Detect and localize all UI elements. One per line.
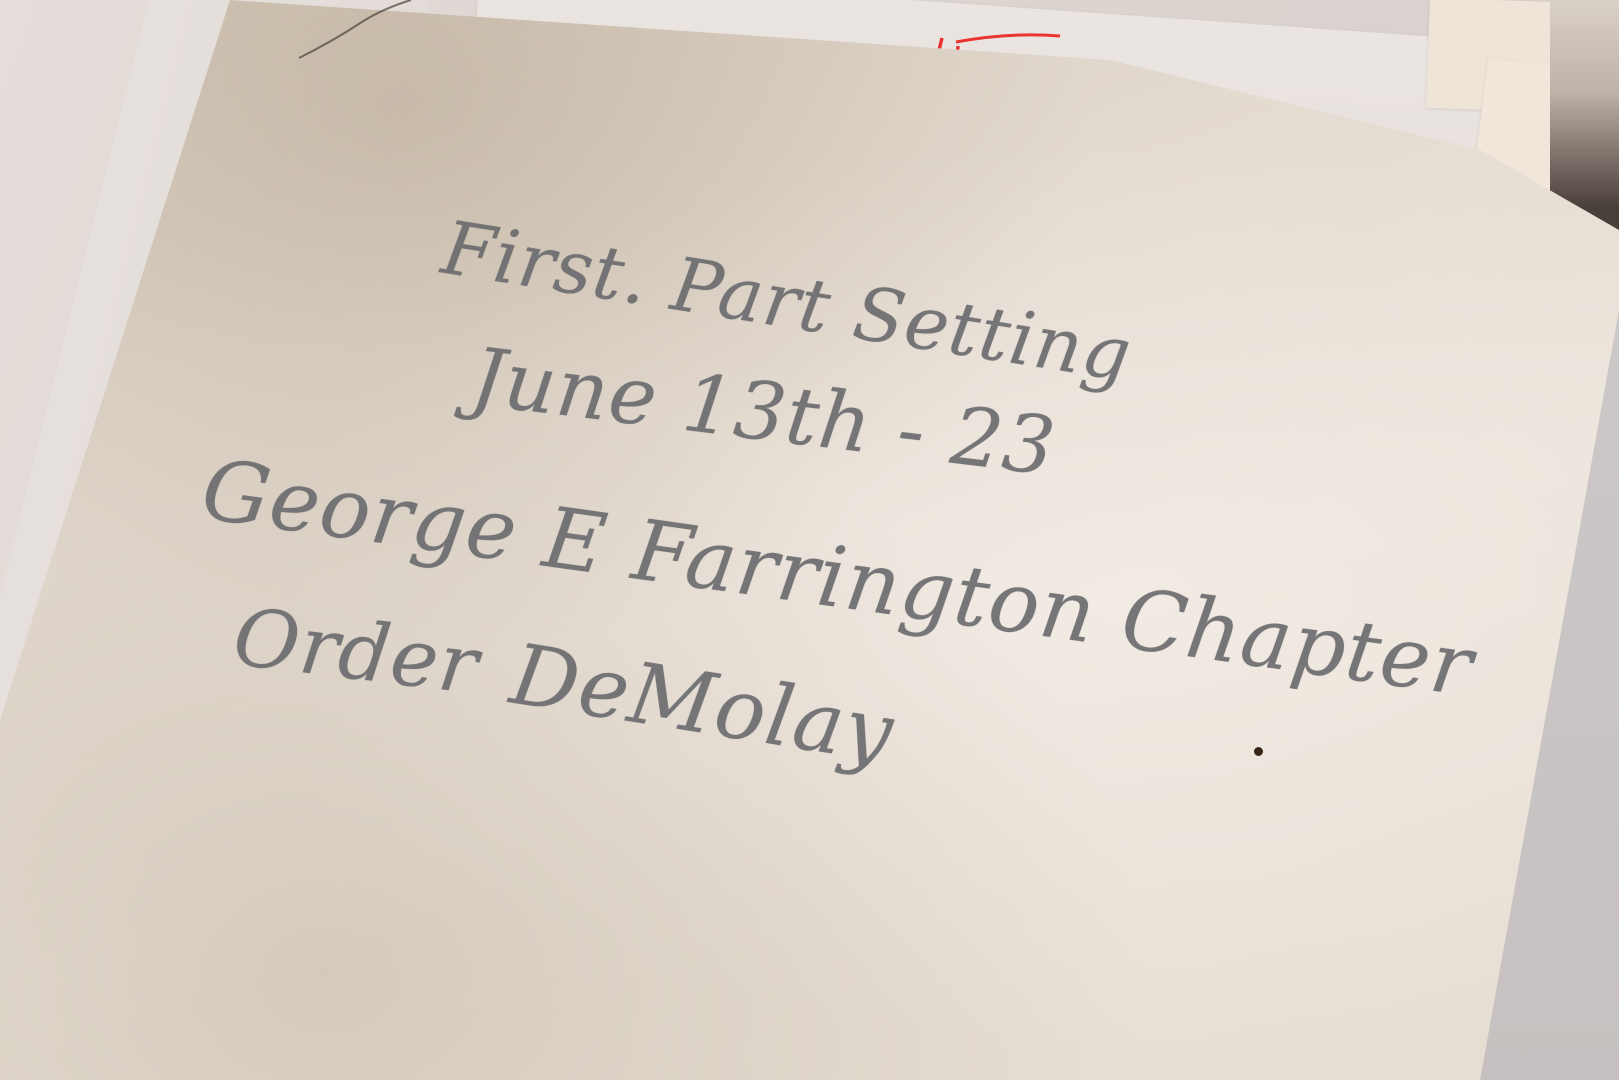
photo-scene: 15 First. Part Setting June 13th - 23 Ge… (0, 0, 1619, 1080)
pencil-inscription: First. Part Setting June 13th - 23 Georg… (0, 0, 1619, 1080)
ink-stain (1254, 747, 1263, 756)
inscription-line-4: Order (229, 590, 484, 712)
inscription-line-5: DeMolay (505, 625, 901, 782)
